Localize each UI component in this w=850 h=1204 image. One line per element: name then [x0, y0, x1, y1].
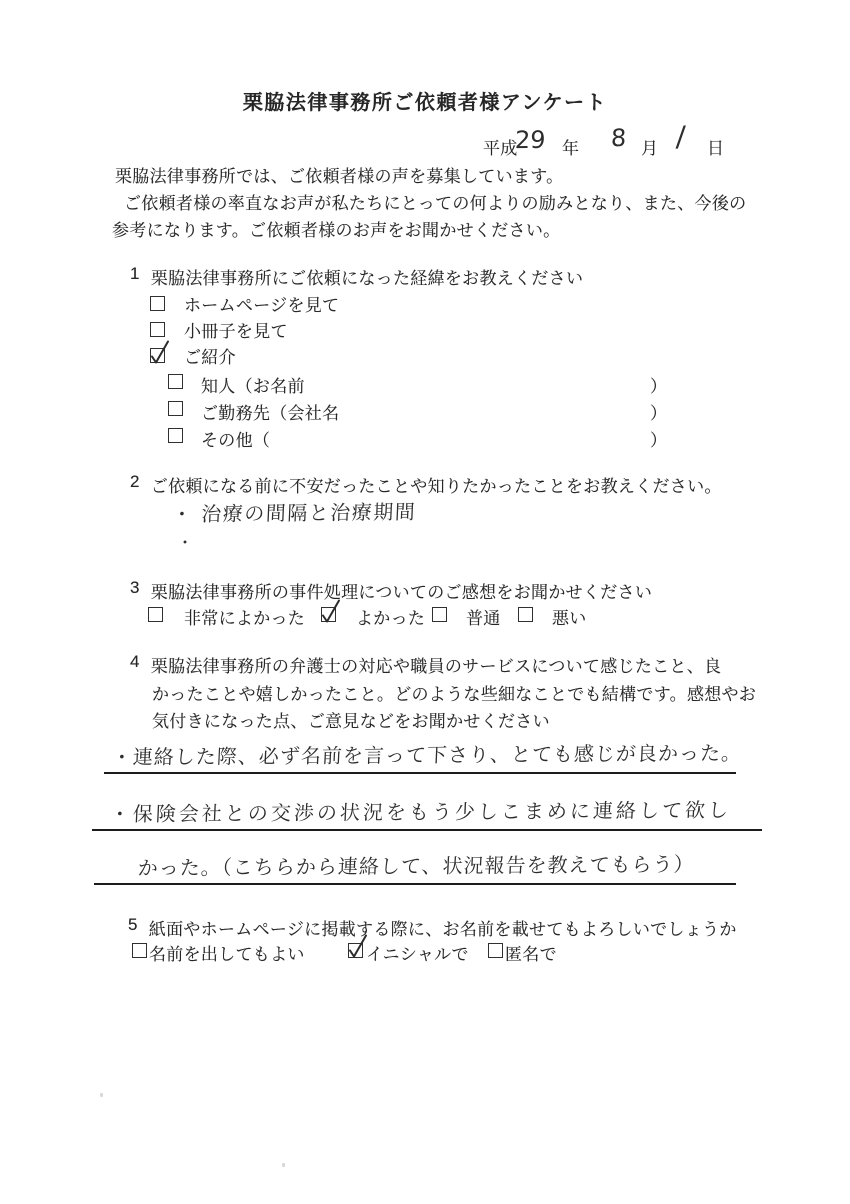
- question-2-heading: 2 ご依頼になる前に不安だったことや知りたかったことをお教えください。: [130, 472, 722, 497]
- q1-option-referral: ご紹介: [150, 345, 236, 365]
- q4-answer-line-1: ・連絡した際、必ず名前を言って下さり、とても感じが良かった。: [104, 736, 736, 774]
- form-title: 栗脇法律事務所ご依頼者様アンケート: [0, 86, 850, 115]
- q4-answer-line-3: かった。（こちらから連絡して、状況報告を教えてもらう）: [94, 845, 736, 885]
- intro-line-1: 栗脇法律事務所では、ご依頼者様の声を募集しています。: [115, 162, 563, 187]
- question-4-text-line-2: かったことや嬉しかったこと。どのような些細なことでも結構です。感想やお: [152, 680, 756, 705]
- question-5-number: 5: [128, 915, 138, 940]
- question-3-text: 栗脇法律事務所の事件処理についてのご感想をお聞かせください: [151, 578, 652, 603]
- q1-workplace-close-paren: ）: [650, 399, 667, 424]
- q2-handwritten-bullet-2: ・: [177, 530, 194, 553]
- q4-handwritten-answer-2: ・保険会社との交渉の状況をもう少しこまめに連絡して欲し: [109, 794, 732, 827]
- q4-handwritten-answer-3: かった。（こちらから連絡して、状況報告を教えてもらう）: [137, 848, 695, 881]
- q5-initials-checkbox: [348, 943, 363, 958]
- q1-option-homepage: ホームページを見て: [150, 293, 339, 313]
- question-1-text: 栗脇法律事務所にご依頼になった経緯をお教えください: [151, 264, 584, 289]
- check-mark-icon: [321, 598, 341, 624]
- q1-option-booklet: 小冊子を見て: [150, 319, 288, 339]
- q3-good-checkbox: [321, 607, 336, 622]
- date-era-label: 平成: [483, 134, 518, 159]
- scan-speck: [100, 1093, 103, 1097]
- q1-other-close-paren: ）: [650, 426, 667, 451]
- date-year-label: 年: [562, 134, 579, 159]
- q1-homepage-checkbox: [150, 296, 165, 311]
- q3-bad-checkbox: [518, 607, 533, 622]
- question-2-text: ご依頼になる前に不安だったことや知りたかったことをお教えください。: [151, 472, 722, 497]
- q1-referral-label: ご紹介: [184, 343, 236, 368]
- date-day-label: 日: [707, 134, 724, 159]
- q3-very-good-label: 非常によかった: [184, 604, 305, 629]
- question-5-text: 紙面やホームページに掲載する際に、お名前を載せてもよろしいでしょうか: [149, 915, 737, 940]
- question-3-number: 3: [130, 578, 140, 603]
- q1-acquaintance-label: 知人（お名前: [201, 372, 305, 397]
- q3-normal-label: 普通: [466, 604, 501, 629]
- q1-referral-checkbox: [150, 348, 165, 363]
- question-4-text-line-3: 気付きになった点、ご意見などをお聞かせください: [152, 707, 550, 732]
- date-month-label: 月: [641, 134, 658, 159]
- question-4-number: 4: [130, 652, 140, 677]
- question-5-heading: 5 紙面やホームページに掲載する際に、お名前を載せてもよろしいでしょうか: [128, 915, 737, 940]
- date-year-value: 29: [514, 126, 546, 154]
- check-mark-icon: [150, 339, 170, 365]
- question-1-heading: 1 栗脇法律事務所にご依頼になった経緯をお教えください: [130, 264, 583, 289]
- q1-sub-acquaintance: 知人（お名前 ）: [168, 372, 688, 394]
- date-month-value: 8: [610, 124, 626, 152]
- q1-homepage-label: ホームページを見て: [184, 291, 339, 316]
- q1-booklet-label: 小冊子を見て: [184, 317, 288, 342]
- check-mark-icon: [348, 930, 368, 962]
- q1-acquaintance-close-paren: ）: [650, 372, 667, 397]
- q1-acquaintance-checkbox: [168, 374, 183, 389]
- q5-real-name-checkbox: [132, 943, 147, 958]
- q5-real-name-label: 名前を出してもよい: [149, 940, 305, 965]
- question-1-number: 1: [130, 264, 140, 289]
- intro-line-3: 参考になります。ご依頼者様のお声をお聞かせください。: [112, 216, 560, 241]
- q5-anonymous-label: 匿名で: [505, 940, 557, 965]
- q3-very-good-checkbox: [148, 607, 163, 622]
- q3-bad-label: 悪い: [552, 604, 587, 629]
- q1-workplace-label: ご勤務先（会社名: [201, 399, 339, 424]
- q1-workplace-checkbox: [168, 401, 183, 416]
- q1-other-label: その他（: [201, 426, 270, 451]
- q2-handwritten-answer: ・ 治療の間隔と治療期間: [171, 496, 417, 528]
- q5-anonymous-checkbox: [488, 943, 503, 958]
- q3-good-label: よかった: [356, 604, 425, 629]
- q4-handwritten-answer-1: ・連絡した際、必ず名前を言って下さり、とても感じが良かった。: [111, 737, 743, 770]
- scanned-questionnaire-page: 栗脇法律事務所ご依頼者様アンケート 平成 29 年 8 月 / 日 栗脇法律事務…: [0, 0, 850, 1204]
- q5-initials-label: イニシャルで: [366, 940, 469, 965]
- q1-sub-other: その他（ ）: [168, 426, 688, 448]
- question-2-number: 2: [130, 472, 140, 497]
- q4-answer-line-2: ・保険会社との交渉の状況をもう少しこまめに連絡して欲し: [92, 791, 762, 831]
- question-3-heading: 3 栗脇法律事務所の事件処理についてのご感想をお聞かせください: [130, 578, 652, 603]
- question-4-text-line-1: 栗脇法律事務所の弁護士の対応や職員のサービスについて感じたこと、良: [151, 652, 722, 677]
- scan-speck: [282, 1163, 285, 1167]
- question-4-heading: 4 栗脇法律事務所の弁護士の対応や職員のサービスについて感じたこと、良: [130, 652, 721, 677]
- q1-booklet-checkbox: [150, 322, 165, 337]
- q3-normal-checkbox: [432, 607, 447, 622]
- q1-other-checkbox: [168, 428, 183, 443]
- date-day-value: /: [675, 120, 686, 153]
- intro-line-2: ご依頼者様の率直なお声が私たちにとっての何よりの励みとなり、また、今後の: [124, 189, 746, 214]
- q1-sub-workplace: ご勤務先（会社名 ）: [168, 399, 688, 421]
